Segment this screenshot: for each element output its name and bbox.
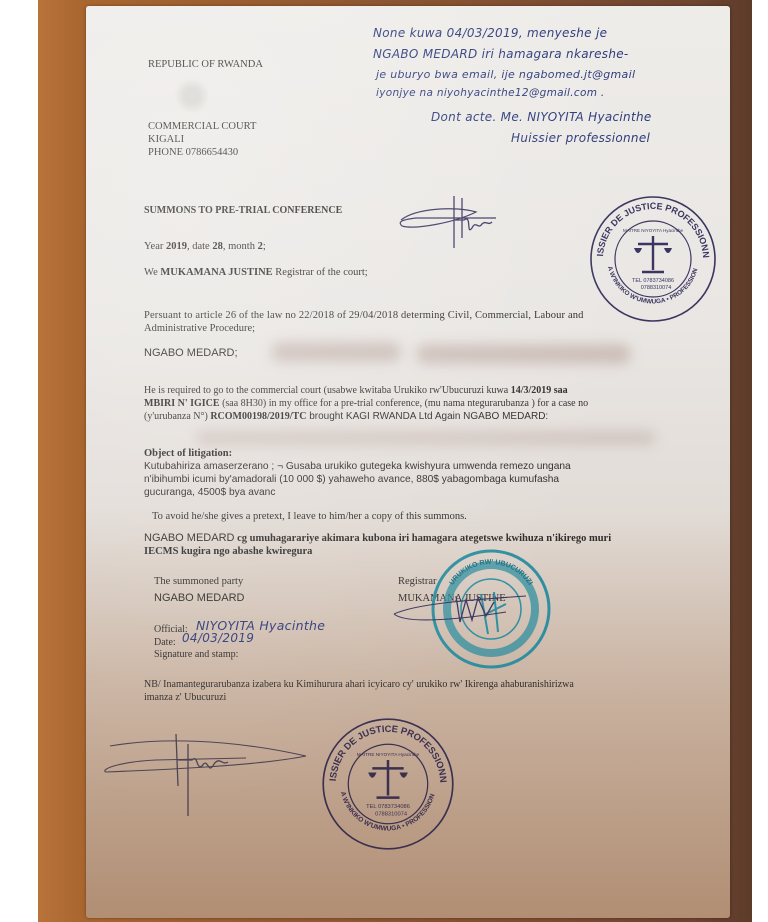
summoned-party-name: NGABO MEDARD bbox=[154, 592, 244, 605]
requirement-line: He is required to go to the commercial c… bbox=[144, 384, 568, 397]
bailiff-stamp-bottom: HUISSIER DE JUSTICE PROFESSIONNEL UMUHES… bbox=[318, 714, 458, 854]
redacted-area bbox=[196, 430, 656, 446]
court-name: COMMERCIAL COURT bbox=[148, 120, 256, 133]
note-line: Dont acte. Me. NIYOYITA Hyacinthe bbox=[431, 110, 652, 125]
court-city: KIGALI bbox=[148, 133, 184, 146]
requirement-line: MBIRI N' IGICE (saa 8H30) in my office f… bbox=[144, 397, 588, 410]
svg-text:MAITRE NIYOYITA Hyacinthe: MAITRE NIYOYITA Hyacinthe bbox=[623, 228, 683, 233]
pretext-line: To avoid he/she gives a pretext, I leave… bbox=[152, 510, 467, 523]
registrar-signature bbox=[386, 584, 536, 634]
svg-text:0788310074: 0788310074 bbox=[375, 811, 408, 817]
signature-stamp-label: Signature and stamp: bbox=[154, 648, 238, 661]
redacted-area bbox=[416, 344, 631, 364]
date-suffix: ; bbox=[263, 241, 266, 252]
note-line: None kuwa 04/03/2019, menyeshe je bbox=[373, 26, 607, 41]
case-no-label: (y'urubanza N°) bbox=[144, 411, 210, 422]
svg-text:TEL 0783734086: TEL 0783734086 bbox=[632, 278, 674, 284]
requirement-text: He is required to go to the commercial c… bbox=[144, 385, 511, 396]
document-page: REPUBLIC OF RWANDA COMMERCIAL COURT KIGA… bbox=[86, 6, 730, 918]
instruction-text: cg umuhagarariye akimara kubona iri hama… bbox=[234, 533, 611, 544]
requirement-text: (saa 8H30) in my office for a pre-trial … bbox=[220, 398, 589, 409]
date-sep: , month bbox=[223, 241, 258, 252]
svg-text:URUKIKO RW' UBUCURUZI: URUKIKO RW' UBUCURUZI bbox=[449, 559, 534, 587]
day-value: 28 bbox=[212, 241, 223, 252]
note-line: NGABO MEDARD iri hamagara nkareshe- bbox=[373, 47, 629, 62]
document-title: SUMMONS TO PRE-TRIAL CONFERENCE bbox=[144, 204, 342, 217]
registrar-signature-top bbox=[396, 192, 506, 252]
national-seal-faint bbox=[174, 78, 210, 114]
object-line: gucuranga, 4500$ bya avanc bbox=[144, 486, 275, 499]
defendant-name: NGABO MEDARD; bbox=[144, 347, 238, 360]
registrar-prefix: We bbox=[144, 267, 160, 278]
object-line: Kutubahiriza amaserzerano ; ¬ Gusaba uru… bbox=[144, 460, 571, 473]
object-heading: Object of litigation: bbox=[144, 447, 232, 460]
registrar-suffix: Registrar of the court; bbox=[273, 267, 368, 278]
nb-line: NB/ Inamantegurarubanza izabera ku Kimih… bbox=[144, 678, 574, 691]
persuant-line: Administrative Procedure; bbox=[144, 322, 255, 335]
court-phone: PHONE 0786654430 bbox=[148, 146, 238, 159]
note-line: Huissier professionnel bbox=[511, 131, 650, 146]
instruction-name: NGABO MEDARD bbox=[144, 532, 234, 544]
registrar-name: MUKAMANA JUSTINE bbox=[160, 267, 272, 278]
summoned-party-label: The summoned party bbox=[154, 575, 243, 588]
date-line: Year 2019, date 28, month 2; bbox=[144, 240, 266, 253]
date-value: 04/03/2019 bbox=[182, 631, 254, 646]
svg-text:HUISSIER DE JUSTICE PROFESSION: HUISSIER DE JUSTICE PROFESSIONNEL bbox=[318, 714, 449, 783]
hearing-time-kinyarwanda: MBIRI N' IGICE bbox=[144, 398, 220, 409]
instruction-line: IECMS kugira ngo abashe kwiregura bbox=[144, 545, 312, 558]
svg-text:0788310074: 0788310074 bbox=[641, 285, 672, 291]
svg-text:TEL 0783734086: TEL 0783734086 bbox=[366, 804, 410, 810]
country-heading: REPUBLIC OF RWANDA bbox=[148, 58, 263, 71]
requirement-line: (y'urubanza N°) RCOM00198/2019/TC brough… bbox=[144, 410, 548, 423]
object-line: n'ibihumbi icumi by'amadorali (10 000 $)… bbox=[144, 473, 559, 486]
case-number: RCOM00198/2019/TC bbox=[210, 411, 306, 422]
persuant-line: Persuant to article 26 of the law no 22/… bbox=[144, 309, 584, 322]
date-prefix: Year bbox=[144, 241, 166, 252]
year-value: 2019 bbox=[166, 241, 187, 252]
redacted-area bbox=[271, 342, 401, 362]
parties-text: brought KAGI RWANDA Ltd Again NGABO MEDA… bbox=[306, 411, 548, 422]
bailiff-signature bbox=[96, 726, 316, 826]
svg-text:MAITRE NIYOYITA Hyacinthe: MAITRE NIYOYITA Hyacinthe bbox=[357, 752, 420, 757]
hearing-date: 14/3/2019 saa bbox=[511, 385, 568, 396]
bailiff-stamp-top: HUISSIER DE JUSTICE PROFESSIONNEL UMUHES… bbox=[586, 192, 720, 326]
date-sep: , date bbox=[187, 241, 212, 252]
registrar-line: We MUKAMANA JUSTINE Registrar of the cou… bbox=[144, 266, 368, 279]
note-line: iyonjye na niyohyacinthe12@gmail.com . bbox=[376, 86, 605, 101]
nb-line: imanza z' Ubucuruzi bbox=[144, 691, 226, 704]
svg-text:HUISSIER DE JUSTICE PROFESSION: HUISSIER DE JUSTICE PROFESSIONNEL bbox=[586, 192, 711, 258]
note-line: je uburyo bwa email, ije ngabomed.jt@gma… bbox=[376, 67, 635, 82]
